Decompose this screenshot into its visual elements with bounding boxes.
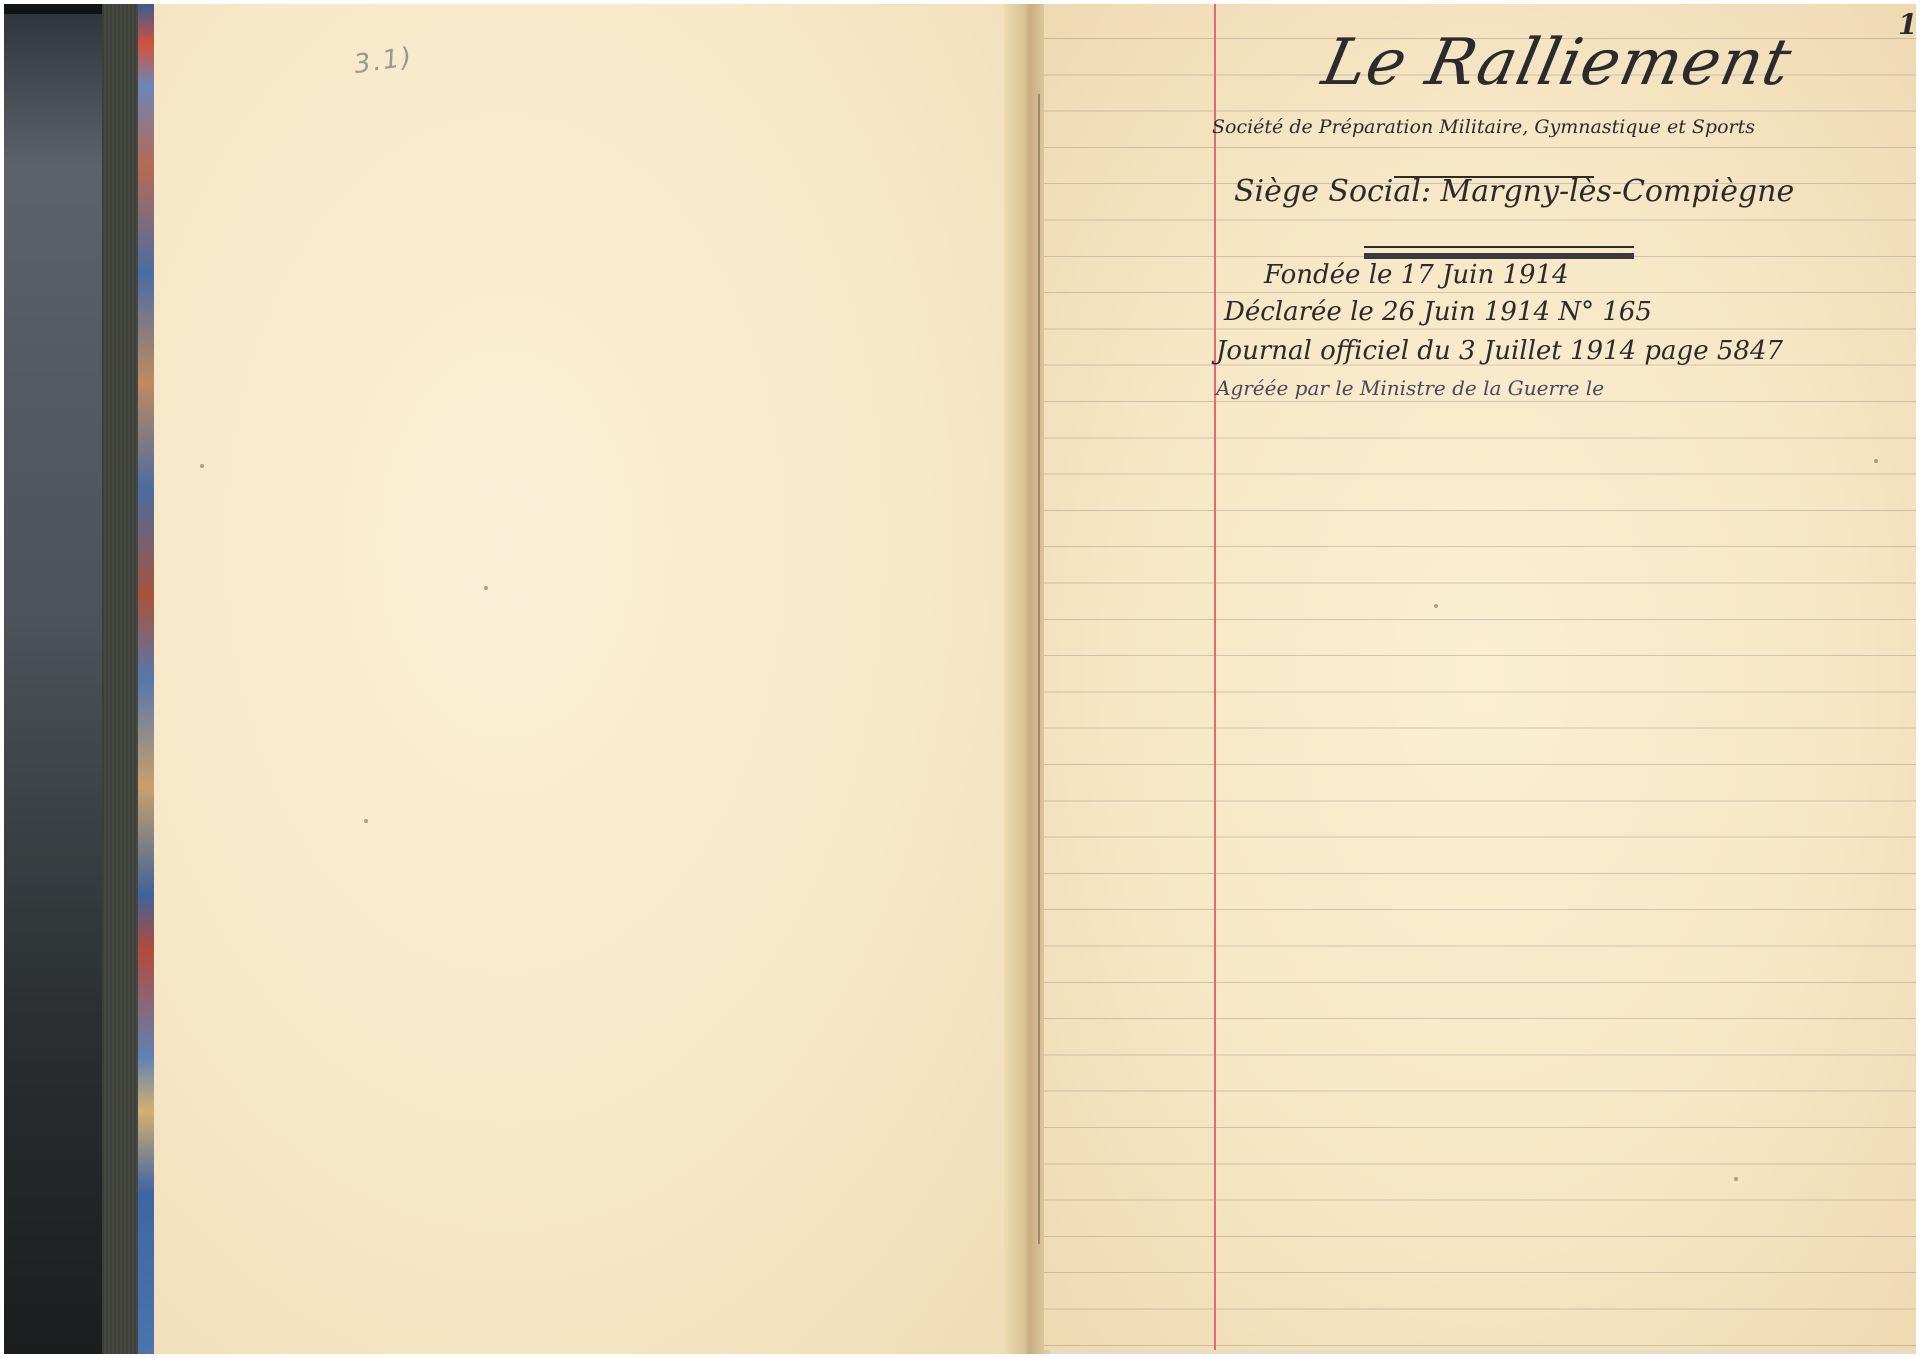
pencil-annotation: 3.1): [352, 42, 415, 80]
separator-thick-rule: [1364, 253, 1634, 259]
paper-speck: [1734, 1177, 1738, 1181]
paper-speck: [1874, 459, 1878, 463]
margin-rule: [1214, 4, 1216, 1350]
scanned-register-spread: 3.1) 1 Le Ralliement Société de Préparat…: [4, 4, 1916, 1354]
left-page: 3.1): [154, 4, 1034, 1354]
separator-thin-rule: [1364, 246, 1634, 248]
binding-cloth: [102, 4, 138, 1354]
declaration-entry: Déclarée le 26 Juin 1914 N° 165: [1224, 297, 1652, 327]
paper-speck: [364, 819, 368, 823]
right-page: 1 Le Ralliement Société de Préparation M…: [1044, 4, 1916, 1350]
registered-office: Siège Social: Margny-lès-Compiègne: [1234, 174, 1794, 209]
page-number: 1: [1898, 8, 1916, 41]
marbled-endpaper-edge: [138, 4, 154, 1354]
paper-speck: [484, 586, 488, 590]
official-journal-entry: Journal officiel du 3 Juillet 1914 page …: [1216, 336, 1783, 366]
gutter-fold-line: [1038, 94, 1040, 1244]
paper-speck: [1434, 604, 1438, 608]
paper-speck: [200, 464, 204, 468]
cover-board-edge: [4, 4, 102, 14]
ministry-approval-entry: Agréée par le Ministre de la Guerre le: [1216, 376, 1604, 400]
register-title: Le Ralliement: [1316, 26, 1798, 100]
founding-date-entry: Fondée le 17 Juin 1914: [1264, 260, 1569, 290]
society-subtitle: Société de Préparation Militaire, Gymnas…: [1212, 116, 1755, 138]
cover-board: [4, 4, 102, 1354]
